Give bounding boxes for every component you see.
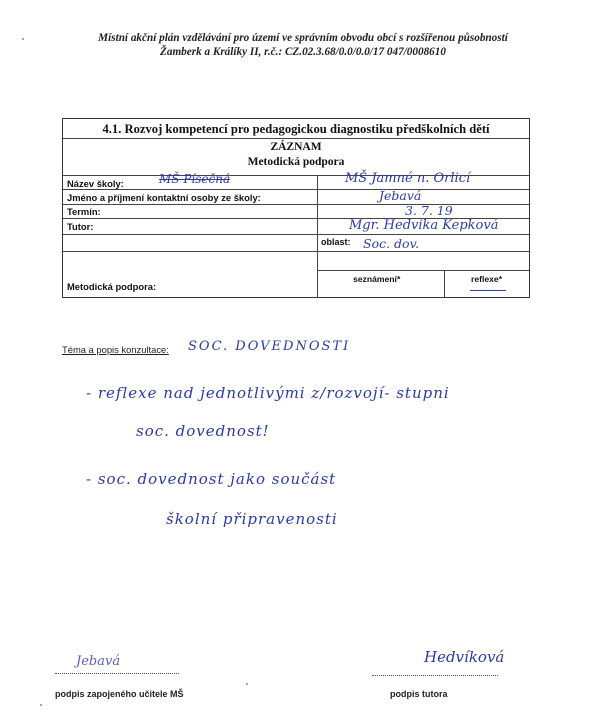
form-title: 4.1. Rozvoj kompetencí pro pedagogickou … [63,122,529,137]
divider [63,189,529,190]
school-name-value[interactable]: MŠ Jamné n. Orlicí [345,171,470,186]
consultation-topic[interactable]: SOC. DOVEDNOSTI [188,339,350,354]
contact-person-label: Jméno a příjmení kontaktní osoby ze škol… [67,192,261,203]
school-name-crossed-out: MŠ Písečná [159,172,230,186]
document-header: Místní akční plán vzdělávání pro území v… [0,31,606,59]
term-value[interactable]: 3. 7. 19 [405,203,453,218]
methodical-support-label: Metodická podpora: [67,281,156,292]
divider [63,234,529,235]
column-divider [317,175,318,297]
option-reflection[interactable]: reflexe* [471,274,502,284]
teacher-signature: Jebavá [76,654,120,669]
scan-speck [22,38,24,40]
tutor-signature-line [372,675,498,676]
teacher-signature-label: podpis zapojeného učitele MŠ [55,689,184,699]
tutor-signature-label: podpis tutora [390,689,448,699]
area-value[interactable]: Soc. dov. [363,236,419,251]
consultation-note-2[interactable]: soc. dovednost! [136,422,270,440]
option-introduction[interactable]: seznámení* [353,274,400,284]
column-divider [444,270,445,297]
tutor-value[interactable]: Mgr. Hedvika Kepková [349,218,498,233]
tutor-signature: Hedvíková [424,648,504,666]
divider [63,138,529,139]
divider [317,270,529,271]
school-name-label: Název školy: [67,178,124,189]
scan-speck [246,683,248,685]
scan-speck [40,704,42,706]
form-subtitle: Metodická podpora [63,156,529,168]
divider [63,251,529,252]
consultation-note-1[interactable]: - reflexe nad jednotlivými z/rozvojí- st… [86,384,450,402]
header-line-1: Místní akční plán vzdělávání pro území v… [0,31,606,45]
consultation-topic-label: Téma a popis konzultace: [62,344,169,355]
contact-person-value[interactable]: Jebavá [379,188,421,203]
teacher-signature-line [55,673,179,674]
header-line-2: Žamberk a Králíky II, r.č.: CZ.02.3.68/0… [0,45,606,59]
consultation-note-4[interactable]: školní připravenosti [166,510,338,528]
term-label: Termín: [67,206,101,217]
consultation-form-table: 4.1. Rozvoj kompetencí pro pedagogickou … [62,118,530,298]
selected-option-mark [470,290,506,291]
record-label: ZÁZNAM [63,141,529,153]
divider [63,204,529,205]
area-label: oblast: [321,237,351,247]
tutor-label: Tutor: [67,221,93,232]
consultation-note-3[interactable]: - soc. dovednost jako součást [86,470,336,488]
